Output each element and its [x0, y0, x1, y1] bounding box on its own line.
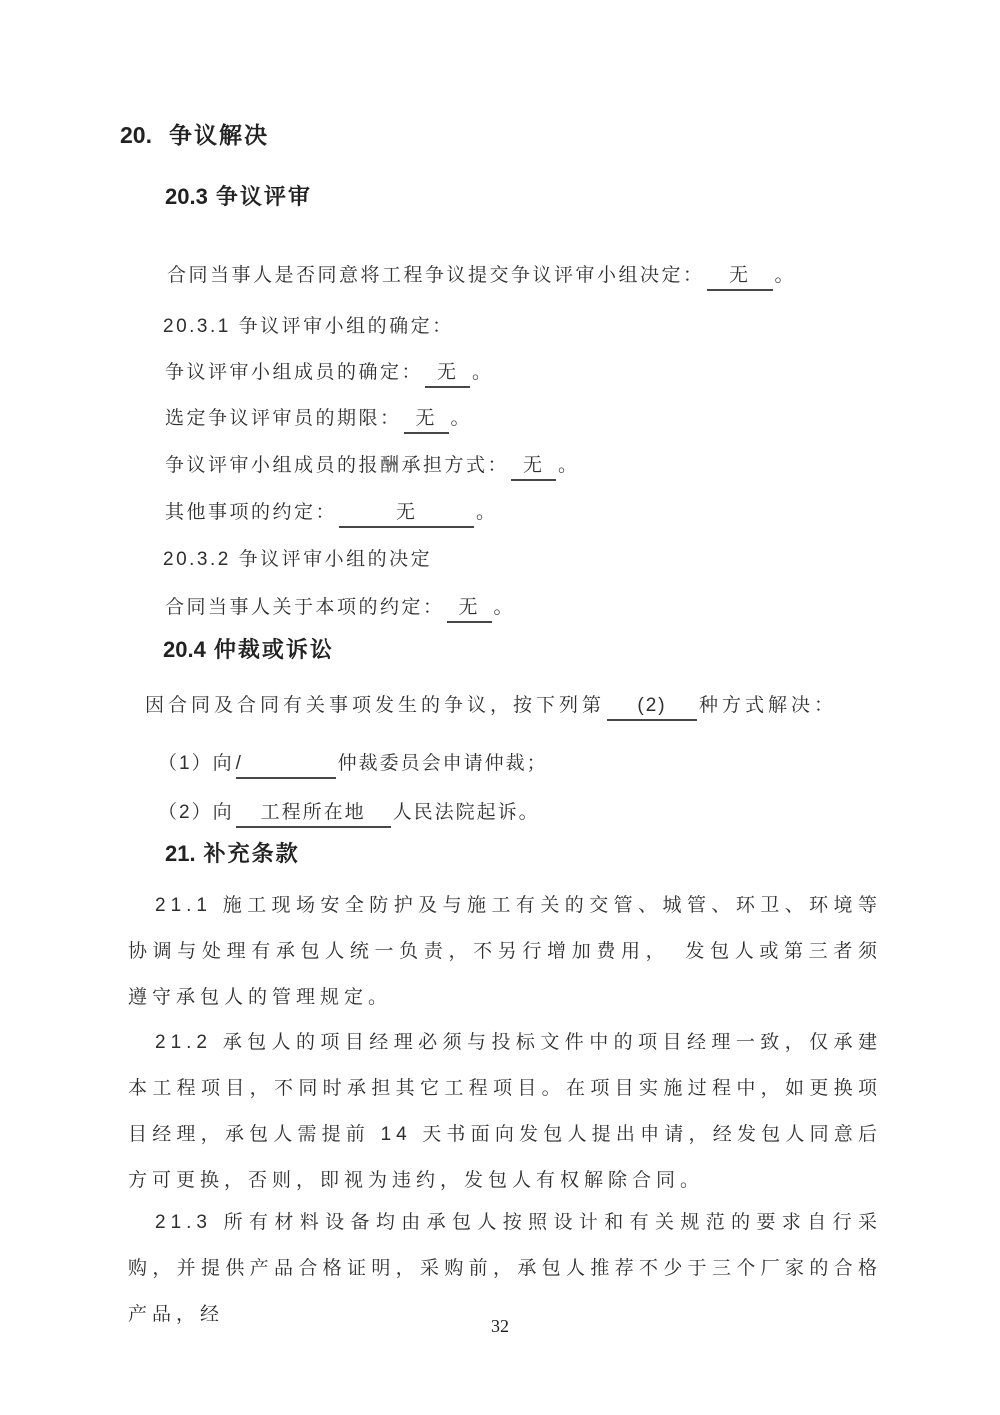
page-number: 32	[0, 1316, 1000, 1337]
h1-dispute-resolution: 20.争议解决	[120, 121, 269, 149]
heading-number: 21.	[165, 841, 196, 866]
h2-supplementary: 21.补充条款	[165, 841, 300, 867]
para-21-2: 21.2 承包人的项目经理必须与投标文件中的项目经理一致，仅承建本工程项目，不同…	[128, 1020, 882, 1204]
line-agreement-this-item: 合同当事人关于本项的约定：无。	[165, 594, 515, 623]
line-option-1: （1）向/仲裁委员会申请仲裁；	[158, 750, 548, 779]
text-run: 争议评审小组成员的确定：	[165, 362, 423, 383]
text-run: 仲裁或诉讼	[214, 637, 334, 662]
text-run: 种方式解决：	[699, 695, 837, 716]
document-page: 20.争议解决20.3争议评审合同当事人是否同意将工程争议提交争议评审小组决定：…	[0, 0, 1000, 1415]
text-run: 。	[775, 265, 797, 286]
form-blank: 无	[447, 594, 492, 623]
text-run: 。	[472, 362, 494, 383]
text-run: 。	[451, 408, 473, 429]
line-other-matters: 其他事项的约定：无。	[165, 499, 498, 528]
h2-dispute-review: 20.3争议评审	[165, 184, 312, 210]
text-run: 仲裁委员会申请仲裁；	[338, 753, 548, 774]
line-option-2: （2）向工程所在地人民法院起诉。	[158, 799, 540, 828]
line-remuneration: 争议评审小组成员的报酬承担方式：无。	[165, 452, 580, 481]
heading-number: 20.3	[165, 184, 208, 209]
line-20-3-2: 20.3.2 争议评审小组的决定	[163, 547, 432, 572]
heading-number: 20.4	[163, 637, 206, 662]
text-run: 其他事项的约定：	[165, 502, 337, 523]
text-run: 20.3.1 争议评审小组的确定：	[163, 316, 454, 337]
form-blank: (2)	[607, 692, 697, 721]
text-run: （1）向	[158, 753, 234, 774]
text-run: 争议解决	[169, 122, 269, 148]
form-blank: /	[236, 750, 336, 779]
heading-number: 20.	[120, 122, 152, 148]
text-run: 人民法院起诉。	[393, 802, 540, 823]
text-run: 。	[476, 502, 498, 523]
text-run: 20.3.2 争议评审小组的决定	[163, 549, 432, 570]
text-run: 争议评审小组成员的报酬承担方式：	[165, 455, 509, 476]
text-run: 因合同及合同有关事项发生的争议，按下列第	[145, 695, 605, 716]
form-blank: 无	[339, 499, 474, 528]
form-blank: 无	[425, 359, 470, 388]
text-run: 合同当事人是否同意将工程争议提交争议评审小组决定：	[167, 265, 705, 286]
form-blank: 无	[511, 452, 556, 481]
para-21-1: 21.1 施工现场安全防护及与施工有关的交管、城管、环卫、环境等协调与处理有承包…	[128, 883, 882, 1021]
text-run: （2）向	[158, 802, 234, 823]
line-member-confirm: 争议评审小组成员的确定：无。	[165, 359, 494, 388]
form-blank: 无	[707, 262, 773, 291]
text-run: 。	[494, 597, 516, 618]
text-run: 。	[558, 455, 580, 476]
text-run: 合同当事人关于本项的约定：	[165, 597, 445, 618]
line-submit-review: 合同当事人是否同意将工程争议提交争议评审小组决定：无。	[167, 262, 796, 291]
line-reviewer-deadline: 选定争议评审员的期限：无。	[165, 405, 472, 434]
form-blank: 无	[404, 405, 449, 434]
text-run: 争议评审	[216, 184, 312, 209]
form-blank: 工程所在地	[236, 799, 391, 828]
text-run: 选定争议评审员的期限：	[165, 408, 402, 429]
line-dispute-method: 因合同及合同有关事项发生的争议，按下列第(2)种方式解决：	[145, 692, 837, 721]
text-run: 补充条款	[204, 841, 300, 866]
h2-arbitration-litigation: 20.4仲裁或诉讼	[163, 637, 334, 663]
line-20-3-1: 20.3.1 争议评审小组的确定：	[163, 314, 454, 339]
